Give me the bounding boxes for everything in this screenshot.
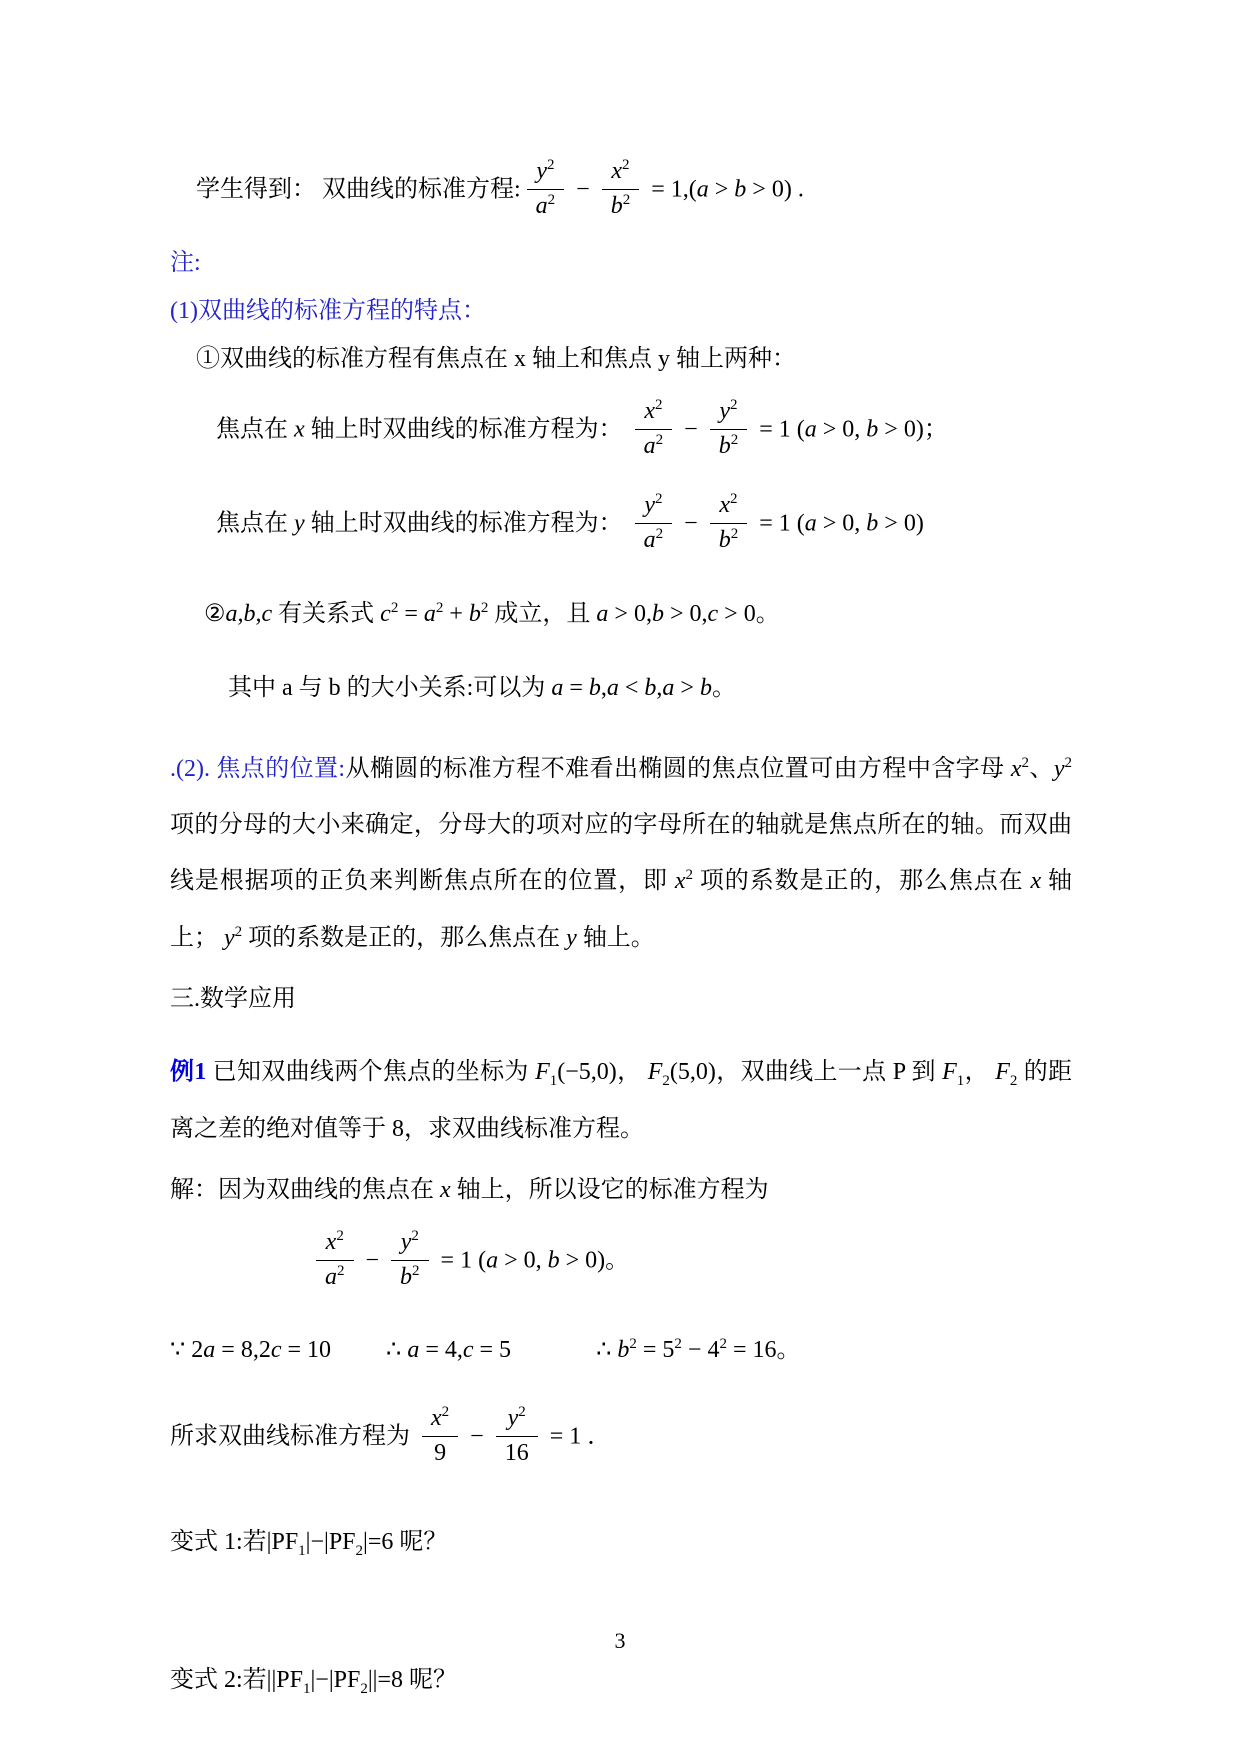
fraction: y2a2 (527, 158, 565, 220)
denominator-power: a2 (644, 527, 664, 553)
text-run: 、 (1029, 756, 1054, 782)
math-base: y (644, 492, 655, 518)
math-power: y2 (1054, 756, 1072, 782)
math-run: > 0 (718, 601, 756, 627)
math-exponent: 2 (655, 397, 663, 413)
math-exponent: 2 (1065, 755, 1073, 771)
math-variable: x (294, 417, 305, 443)
text-run: 三.数学应用 (170, 986, 296, 1012)
denominator-power: b2 (400, 1264, 420, 1290)
math-base: 4 (707, 1337, 719, 1363)
math-exponent: 2 (656, 526, 664, 542)
math-run: |=6 (363, 1529, 393, 1555)
math-exponent: 2 (730, 397, 738, 413)
paragraph: 焦点在 x 轴上时双曲线的标准方程为： x2a2 − y2b2 = 1 (a >… (170, 396, 1072, 466)
math-power: x2 (1011, 756, 1029, 782)
fraction: x29 (422, 1405, 458, 1467)
paragraph: 其中 a 与 b 的大小关系:可以为 a = b,a < b,a > b。 (170, 667, 1072, 709)
math-variable: b (700, 675, 712, 701)
math-subscripted: F1 (535, 1059, 557, 1085)
math-exponent: 2 (731, 526, 739, 542)
denominator-power: b2 (611, 193, 631, 219)
math-run: |PF (267, 1529, 299, 1555)
math-power: 52 (662, 1337, 682, 1363)
paragraph: 所求双曲线标准方程为 x29 − y216 = 1 ． (170, 1403, 1072, 1473)
text-run: . (792, 177, 804, 203)
math-run: = 1 ( (753, 417, 805, 443)
math-run: − (678, 417, 704, 443)
text-run: 学生得到： 双曲线的标准方程: (196, 177, 521, 203)
math-exponent: 2 (336, 1228, 344, 1244)
page-number: 3 (0, 1628, 1240, 1654)
text-run: 项的系数是正的，那么焦点在 (242, 925, 566, 951)
text-run: ． (581, 1424, 611, 1450)
fraction-numerator: y2 (527, 158, 565, 190)
math-base: x (326, 1229, 337, 1255)
text-run: ， (964, 1059, 995, 1085)
math-variable: b (548, 1248, 560, 1274)
paragraph: 三.数学应用 (170, 978, 1072, 1020)
math-run: |−|PF (310, 1667, 360, 1693)
fraction-numerator: x2 (635, 398, 673, 430)
math-run: ||PF (267, 1667, 303, 1693)
fraction-denominator: b2 (602, 190, 640, 221)
fraction-denominator: a2 (527, 190, 565, 221)
math-variable: a (596, 601, 608, 627)
paragraph: .(2). 焦点的位置:从椭圆的标准方程不难看出椭圆的焦点位置可由方程中含字母 … (170, 741, 1072, 967)
math-base: F (995, 1059, 1010, 1085)
numerator-power: x2 (644, 398, 662, 424)
text-run: ② (204, 601, 226, 627)
text-run: 呢？ (403, 1667, 457, 1693)
fraction-denominator: a2 (635, 430, 673, 461)
denominator-power: a2 (644, 433, 664, 459)
denominator-power: a2 (325, 1264, 345, 1290)
fraction: x2b2 (602, 158, 640, 220)
numerator-power: x2 (611, 158, 629, 184)
numerator-power: y2 (508, 1405, 526, 1431)
math-base: y (224, 925, 235, 951)
math-base: F (535, 1059, 550, 1085)
math-base: b (611, 193, 623, 219)
math-base: x (1011, 756, 1022, 782)
math-base: y (508, 1405, 519, 1431)
numerator-power: y2 (719, 398, 737, 424)
text-run: 焦点在 (216, 511, 294, 537)
math-run: > (674, 675, 700, 701)
math-variable: a (407, 1337, 419, 1363)
numerator-power: y2 (536, 158, 554, 184)
fraction: y2b2 (391, 1229, 429, 1291)
numerator-power: y2 (401, 1229, 419, 1255)
math-run: − (678, 511, 704, 537)
math-power: a2 (424, 601, 444, 627)
text-run: 变式 1:若 (170, 1529, 267, 1555)
math-variable: x (440, 1177, 451, 1203)
paragraph: ①双曲线的标准方程有焦点在 x 轴上和焦点 y 轴上两种： (170, 338, 1072, 380)
math-run: > 0, (817, 511, 867, 537)
math-run: = 1 (544, 1424, 582, 1450)
math-exponent: 2 (674, 1336, 682, 1352)
math-base: a (424, 601, 436, 627)
math-run: ||=8 (368, 1667, 403, 1693)
math-base: b (719, 527, 731, 553)
math-variable: c (708, 601, 719, 627)
math-exponent: 2 (412, 1263, 420, 1279)
fraction: x2a2 (316, 1229, 354, 1291)
math-variable: a (607, 675, 619, 701)
math-power: b2 (617, 1337, 637, 1363)
text-run: 项的系数是正的，那么焦点在 (693, 868, 1030, 894)
math-base: y (719, 398, 730, 424)
numerator-power: x2 (431, 1405, 449, 1431)
text-run: 轴上时双曲线的标准方程为： (305, 417, 629, 443)
math-exponent: 2 (442, 1404, 450, 1420)
math-variable: y (294, 511, 305, 537)
math-run: = (563, 675, 589, 701)
text-run: ，双曲线上一点 P 到 (716, 1059, 942, 1085)
math-base: b (469, 601, 481, 627)
fraction: x2a2 (635, 398, 673, 460)
math-run: > 0) (878, 511, 924, 537)
math-base: F (648, 1059, 663, 1085)
text-run: 轴上时双曲线的标准方程为： (305, 511, 629, 537)
math-run: < (619, 675, 645, 701)
fraction-denominator: a2 (316, 1261, 354, 1292)
math-base: b (400, 1264, 412, 1290)
fraction-denominator: b2 (710, 430, 748, 461)
math-run: > 0, (817, 417, 867, 443)
text-run: 解：因为双曲线的焦点在 (170, 1177, 440, 1203)
math-run: = 16 (727, 1337, 777, 1363)
fraction-numerator: x2 (710, 492, 748, 524)
text-run: 所求双曲线标准方程为 (170, 1424, 416, 1450)
math-variable: x (1030, 868, 1041, 894)
text-run: 焦点在 (216, 417, 294, 443)
math-run: ∵ 2 (170, 1337, 203, 1363)
text-run: 从椭圆的标准方程不难看出椭圆的焦点位置可由方程中含字母 (345, 756, 1011, 782)
fraction-denominator: b2 (710, 524, 748, 555)
text-run: ； (924, 417, 948, 443)
fraction-numerator: x2 (602, 158, 640, 190)
math-variable: b (866, 417, 878, 443)
math-subscript: 2 (662, 1073, 670, 1089)
text-run: 呢？ (393, 1529, 447, 1555)
numerator-power: y2 (644, 492, 662, 518)
math-variable: a (486, 1248, 498, 1274)
paragraph: 变式 2:若||PF1|−|PF2||=8 呢？ (170, 1659, 1072, 1701)
math-exponent: 2 (411, 1228, 419, 1244)
math-subscripted: F2 (648, 1059, 670, 1085)
math-base: 5 (662, 1337, 674, 1363)
text-run: 轴上。 (577, 925, 655, 951)
math-base: x (611, 158, 622, 184)
spacer (511, 1329, 596, 1371)
math-run: > 0, (608, 601, 652, 627)
paragraph: 解：因为双曲线的焦点在 x 轴上，所以设它的标准方程为 (170, 1169, 1072, 1211)
math-run: − (570, 177, 596, 203)
math-run: = 8,2 (215, 1337, 271, 1363)
math-variable: a (203, 1337, 215, 1363)
text-run: 变式 2:若 (170, 1667, 267, 1693)
text-run: 。 (776, 1337, 800, 1363)
math-run: = 10 (281, 1337, 331, 1363)
numerator-power: x2 (719, 492, 737, 518)
paragraph: ∵ 2a = 8,2c = 10 ∴ a = 4,c = 5 ∴ b2 = 52… (170, 1329, 1072, 1371)
math-variable: b (644, 675, 656, 701)
denominator-power: a2 (536, 193, 556, 219)
text-run: ①双曲线的标准方程有焦点在 x 轴上和焦点 y 轴上两种： (196, 346, 796, 372)
fraction: y216 (496, 1405, 538, 1467)
fraction: y2a2 (635, 492, 673, 554)
math-base: b (617, 1337, 629, 1363)
math-subscript: 2 (356, 1543, 364, 1559)
math-exponent: 2 (622, 157, 630, 173)
math-run: = 5 (474, 1337, 512, 1363)
math-exponent: 2 (629, 1336, 637, 1352)
math-variable: a (551, 675, 563, 701)
document-page: 学生得到： 双曲线的标准方程:y2a2 − x2b2 = 1,(a > b > … (0, 0, 1240, 1754)
text-run: 已知双曲线两个焦点的坐标为 (206, 1059, 535, 1085)
math-exponent: 2 (1022, 755, 1030, 771)
math-variable: b (734, 177, 746, 203)
math-base: c (380, 601, 391, 627)
math-run: − (360, 1248, 386, 1274)
math-variable: b (866, 511, 878, 537)
text-run: 其中 a 与 b 的大小关系:可以为 (228, 675, 551, 701)
paragraph: 例1 已知双曲线两个焦点的坐标为 F1(−5,0)， F2(5,0)，双曲线上一… (170, 1044, 1072, 1157)
math-subscripted: F1 (942, 1059, 964, 1085)
text-run: 。 (605, 1248, 629, 1274)
fraction-denominator: 9 (422, 1437, 458, 1468)
math-run: > 0, (664, 601, 708, 627)
math-base: x (675, 868, 686, 894)
math-base: x (644, 398, 655, 424)
math-base: 16 (505, 1440, 529, 1466)
math-run: > 0) (746, 177, 792, 203)
math-subscript: 1 (298, 1543, 306, 1559)
math-run: = 1 ( (753, 511, 805, 537)
math-variable: b (589, 675, 601, 701)
math-power: x2 (675, 868, 693, 894)
math-exponent: 2 (548, 192, 556, 208)
math-base: a (644, 433, 656, 459)
paragraph: 学生得到： 双曲线的标准方程:y2a2 − x2b2 = 1,(a > b > … (170, 156, 1072, 226)
spacer (331, 1329, 386, 1371)
fraction-numerator: y2 (635, 492, 673, 524)
math-base: y (401, 1229, 412, 1255)
text-run: 。 (756, 601, 780, 627)
math-exponent: 2 (656, 432, 664, 448)
fraction-numerator: y2 (710, 398, 748, 430)
math-variable: a,b,c (226, 601, 273, 627)
text-run: 例1 (170, 1059, 206, 1085)
fraction-numerator: y2 (391, 1229, 429, 1261)
math-variable: a (805, 417, 817, 443)
math-base: y (1054, 756, 1065, 782)
math-power: c2 (380, 601, 398, 627)
math-run: > 0) (878, 417, 924, 443)
math-run: > 0) (560, 1248, 606, 1274)
math-power: 42 (707, 1337, 727, 1363)
math-power: b2 (469, 601, 489, 627)
paragraph: 变式 1:若|PF1|−|PF2|=6 呢？ (170, 1521, 1072, 1563)
text-run: 有关系式 (272, 601, 380, 627)
math-base: x (431, 1405, 442, 1431)
math-run: = 1 ( (435, 1248, 487, 1274)
numerator-power: x2 (326, 1229, 344, 1255)
paragraph: ②a,b,c 有关系式 c2 = a2 + b2 成立，且 a > 0,b > … (170, 593, 1072, 635)
math-run: (−5,0) (557, 1059, 617, 1085)
math-base: b (719, 433, 731, 459)
math-base: y (536, 158, 547, 184)
text-run: 轴上，所以设它的标准方程为 (451, 1177, 769, 1203)
math-exponent: 2 (547, 157, 555, 173)
math-variable: b (652, 601, 664, 627)
text-run: 。 (712, 675, 736, 701)
fraction-denominator: b2 (391, 1261, 429, 1292)
math-exponent: 2 (686, 867, 694, 883)
fraction-numerator: y2 (496, 1405, 538, 1437)
math-base: 9 (434, 1440, 446, 1466)
text-run: .(2). 焦点的位置: (170, 756, 345, 782)
math-variable: a (697, 177, 709, 203)
fraction: x2b2 (710, 492, 748, 554)
math-exponent: 2 (337, 1263, 345, 1279)
fraction-denominator: 16 (496, 1437, 538, 1468)
math-run: > 0, (498, 1248, 548, 1274)
fraction-denominator: a2 (635, 524, 673, 555)
math-variable: y (566, 925, 577, 951)
math-run: = 1,( (645, 177, 697, 203)
denominator-power: b2 (719, 433, 739, 459)
math-base: a (644, 527, 656, 553)
math-base: x (719, 492, 730, 518)
text-run: ， (617, 1059, 648, 1085)
math-run: |−|PF (306, 1529, 356, 1555)
denominator-power: b2 (719, 527, 739, 553)
math-exponent: 2 (730, 491, 738, 507)
math-subscripted: F2 (995, 1059, 1017, 1085)
text-run: (1)双曲线的标准方程的特点： (170, 298, 486, 324)
math-run: ∴ (596, 1337, 617, 1363)
math-run: = (398, 601, 424, 627)
math-run: = 4, (419, 1337, 463, 1363)
text-run: 成立，且 (488, 601, 596, 627)
math-run: ∴ (386, 1337, 407, 1363)
math-subscript: 2 (360, 1681, 368, 1697)
math-exponent: 2 (623, 192, 631, 208)
fraction-numerator: x2 (422, 1405, 458, 1437)
math-exponent: 2 (518, 1404, 526, 1420)
math-run: − (464, 1424, 490, 1450)
math-exponent: 2 (719, 1336, 727, 1352)
math-exponent: 2 (731, 432, 739, 448)
math-variable: a (662, 675, 674, 701)
fraction-numerator: x2 (316, 1229, 354, 1261)
paragraph: (1)双曲线的标准方程的特点： (170, 290, 1072, 332)
math-run: − (682, 1337, 708, 1363)
fraction: y2b2 (710, 398, 748, 460)
paragraph: 注: (170, 242, 1072, 284)
math-run: (5,0) (670, 1059, 716, 1085)
paragraph: 焦点在 y 轴上时双曲线的标准方程为： y2a2 − x2b2 = 1 (a >… (170, 490, 1072, 560)
math-base: a (536, 193, 548, 219)
math-run: + (443, 601, 469, 627)
text-run: 注: (170, 250, 201, 276)
math-base: a (325, 1264, 337, 1290)
math-power: y2 (224, 925, 242, 951)
denominator-power: 16 (505, 1440, 529, 1466)
math-variable: a (805, 511, 817, 537)
math-run: = (637, 1337, 663, 1363)
math-exponent: 2 (655, 491, 663, 507)
paragraph: x2a2 − y2b2 = 1 (a > 0, b > 0)。 (170, 1227, 1072, 1297)
document-content: 学生得到： 双曲线的标准方程:y2a2 − x2b2 = 1,(a > b > … (170, 156, 1072, 1701)
math-variable: c (463, 1337, 474, 1363)
denominator-power: 9 (434, 1440, 446, 1466)
math-variable: c (271, 1337, 282, 1363)
math-run: > (709, 177, 735, 203)
math-base: F (942, 1059, 957, 1085)
